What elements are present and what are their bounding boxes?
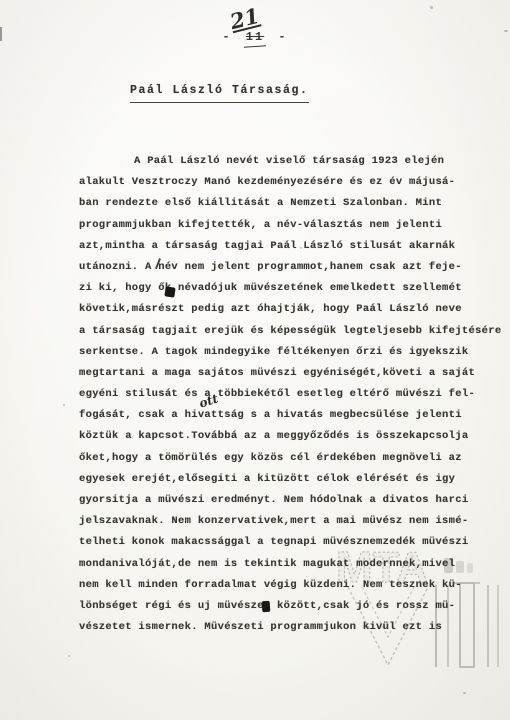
text-line: ban rendezte első kiállitását a Nemzeti … xyxy=(79,193,509,214)
text-line: serkentse. A tagok mindegyike féltékenye… xyxy=(79,342,509,363)
text-line: A Paál László nevét viselő társaság 1923… xyxy=(79,151,509,172)
page-number-dash-left: - xyxy=(222,30,231,44)
text-line: zi ki, hogy ők névadójuk müvészetének em… xyxy=(79,278,509,299)
paper-speck xyxy=(504,30,508,32)
ink-blot xyxy=(164,286,175,297)
text-line: mondanivalóját,de nem is tekintik maguka… xyxy=(79,554,509,575)
ink-blot xyxy=(262,601,271,613)
text-line: vészetet ismernek. Müvészeti programmjuk… xyxy=(79,617,509,638)
text-line: követik,másrészt pedig azt óhajtják, hog… xyxy=(79,299,509,320)
paper-speck xyxy=(430,6,433,9)
text-line: azt,mintha a társaság tagjai Paál László… xyxy=(79,236,509,257)
page-title: Paál László Társaság. xyxy=(130,84,309,103)
paper-speck xyxy=(63,404,65,406)
paper-speck xyxy=(463,692,466,694)
text-line: köztük a kapcsot.Továbbá az a meggyőződé… xyxy=(79,426,509,447)
page-number-dash-right: - xyxy=(278,30,287,44)
body-text: A Paál László nevét viselő társaság 1923… xyxy=(79,151,509,638)
text-line: telheti konok makacssággal a tegnapi müv… xyxy=(79,532,509,553)
text-line: lönbséget régi és uj müvészet között,csa… xyxy=(79,596,509,617)
text-line: megtartani a maga sajátos müvészi egyéni… xyxy=(79,363,509,384)
text-line: egyéni stilusát és a többiekétől esetleg… xyxy=(79,384,509,405)
text-line: fogását, csak a hivattság s a hivatás me… xyxy=(79,405,509,426)
text-line: jelszavaknak. Nem konzervativek,mert a m… xyxy=(79,511,509,532)
text-line: alakult Vesztroczy Manó kezdeményezésére… xyxy=(79,172,509,193)
scanned-document-page: - 11 - 21 Paál László Társaság. A Paál L… xyxy=(0,0,510,720)
text-line: a társaság tagjait erejük és képességük … xyxy=(79,321,509,342)
text-line: egyesek erejét,elősegiti a kitüzött célo… xyxy=(79,469,509,490)
text-line: nem kell minden forradalmat végig küzden… xyxy=(79,575,509,596)
paper-speck xyxy=(68,655,70,657)
paper-edge-mark xyxy=(0,27,2,41)
text-line: gyorsitja a müvészi eredményt. Nem hódol… xyxy=(79,490,509,511)
page-number-typed: 11 xyxy=(246,30,264,44)
text-line: utánozni. A név nem jelent programmot,ha… xyxy=(79,257,509,278)
paper-speck xyxy=(300,247,302,249)
text-line: őket,hogy a tömörülés egy közös cél érde… xyxy=(79,448,509,469)
text-line: programmjukban kifejtették, a név-válasz… xyxy=(79,215,509,236)
page-number-inner: - 11 - 21 xyxy=(222,30,287,44)
page-number: - 11 - 21 xyxy=(0,30,510,44)
